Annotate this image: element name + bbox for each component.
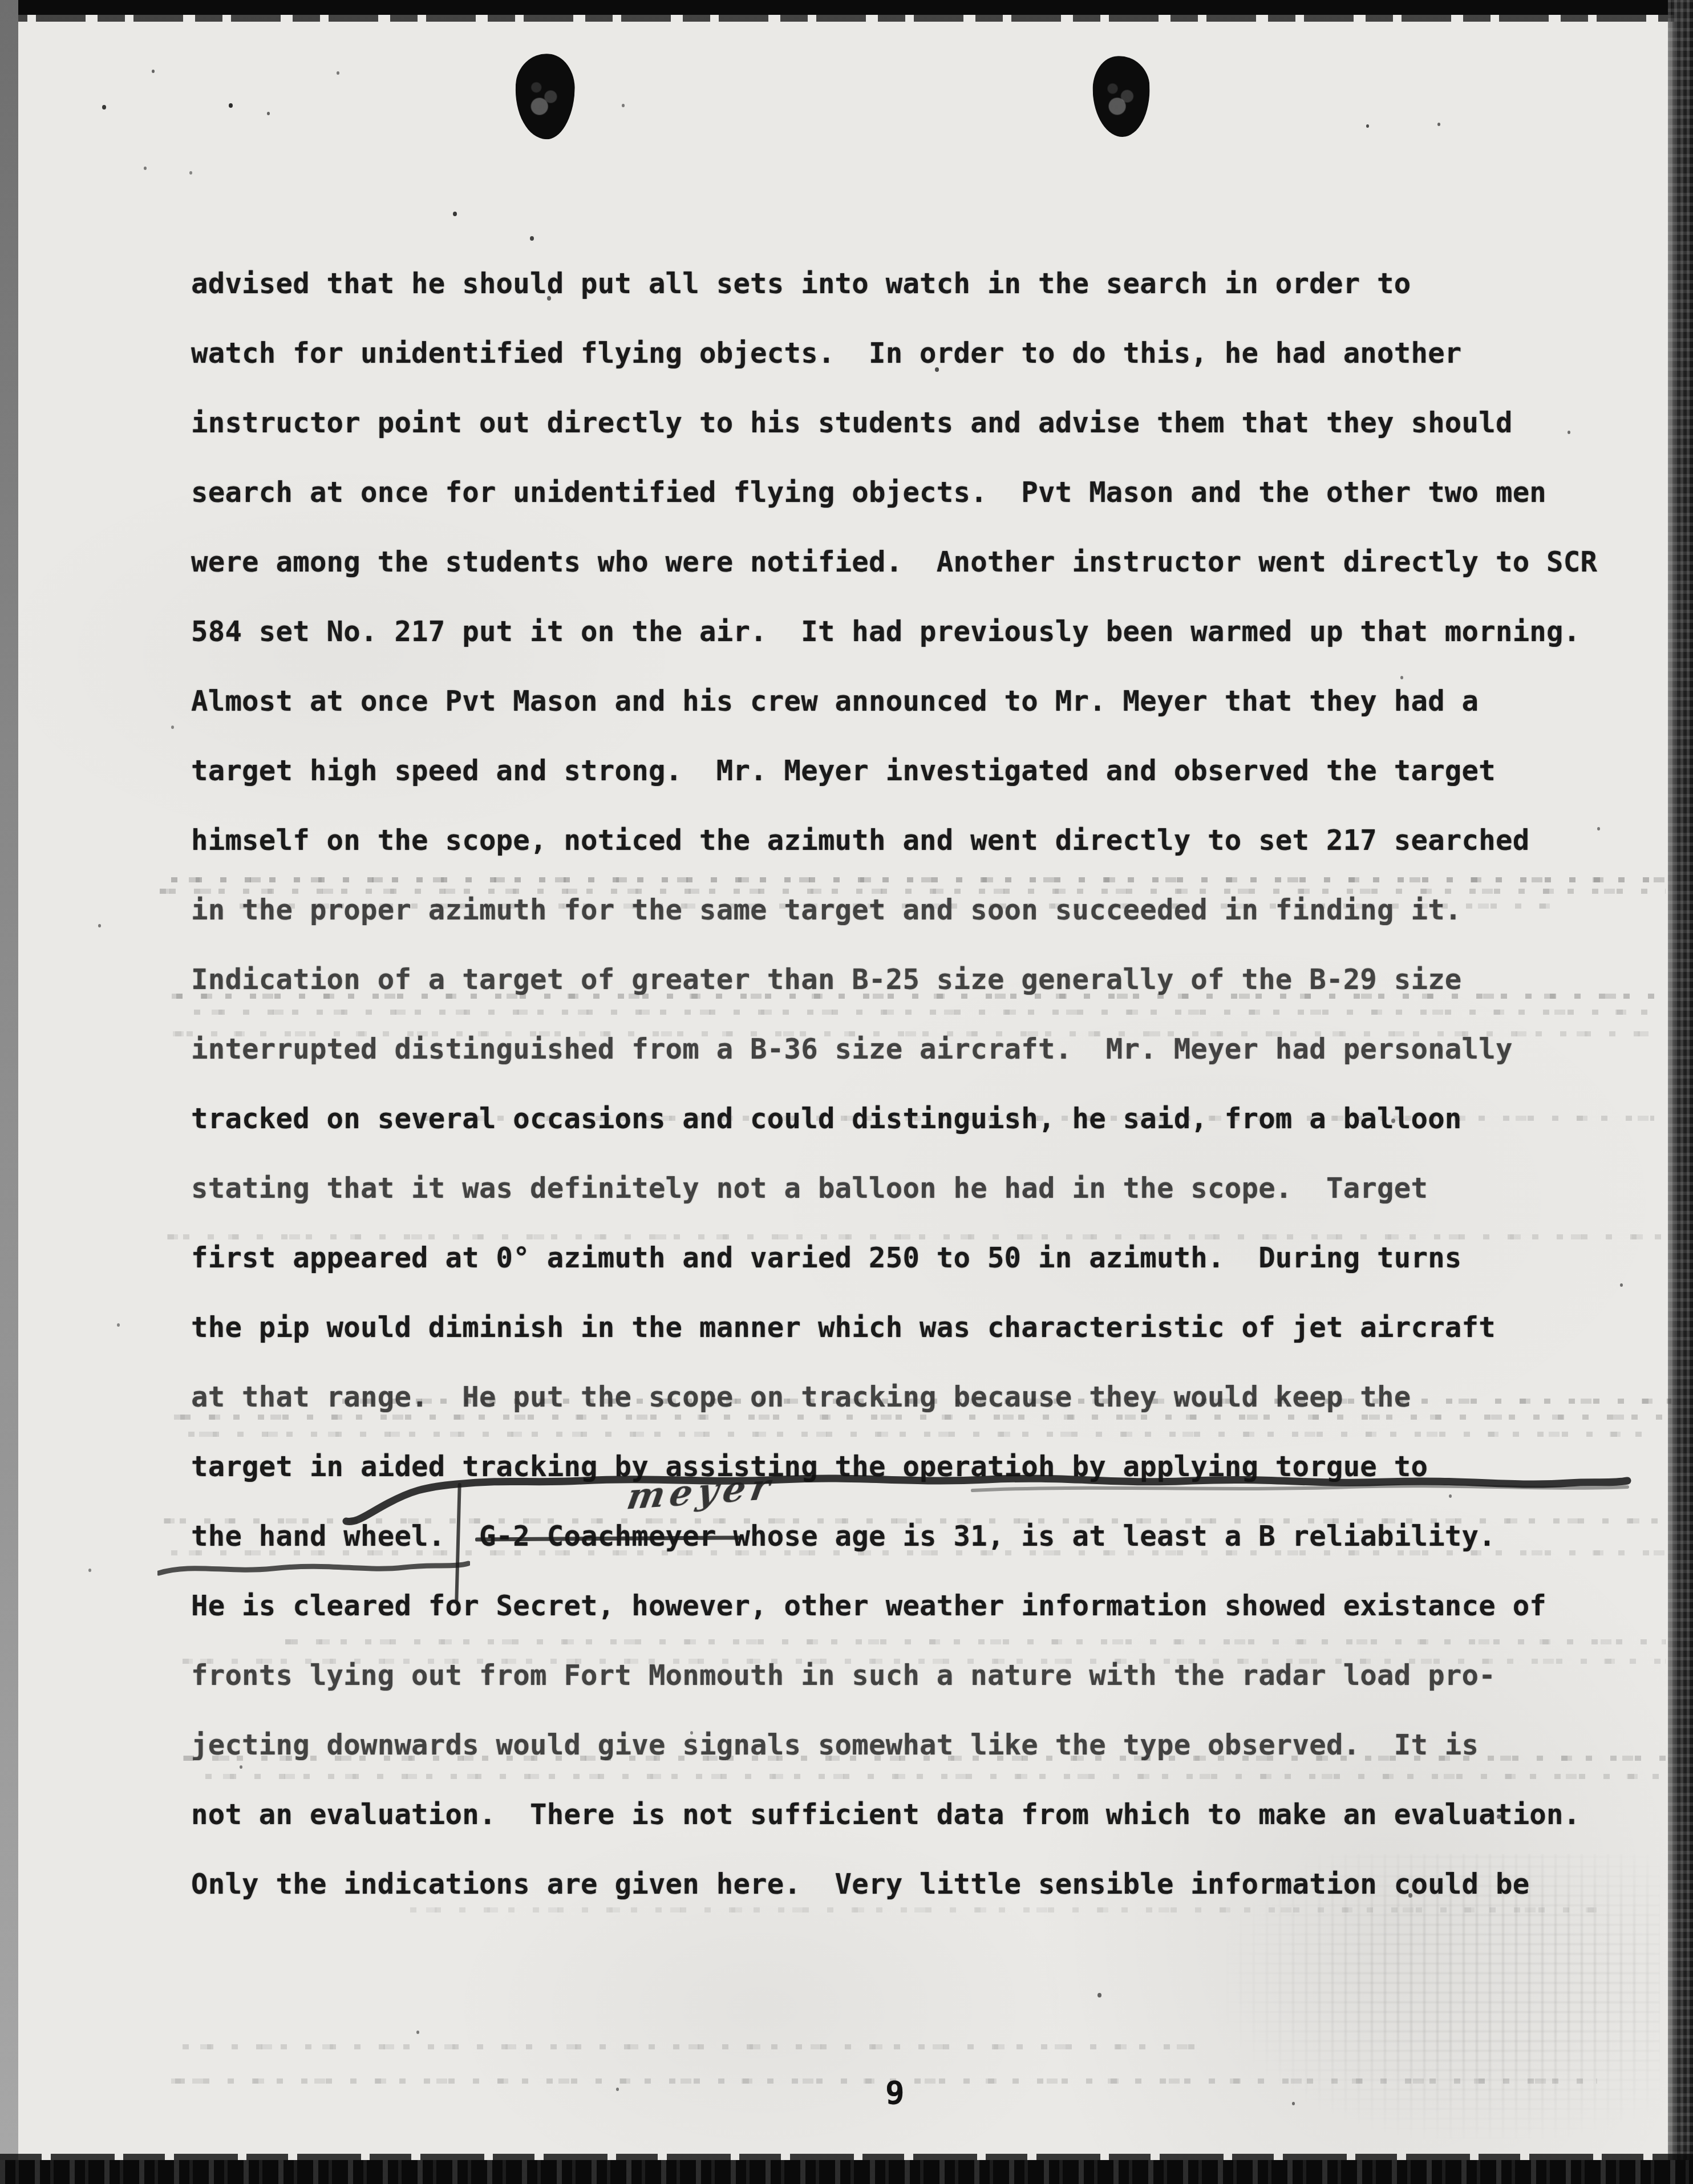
typed-line: He is cleared for Secret, however, other…	[191, 1571, 1651, 1641]
page-number: 9	[885, 2077, 905, 2109]
typed-line: first appeared at 0° azimuth and varied …	[191, 1223, 1651, 1293]
scan-edge-left	[0, 0, 18, 2184]
typed-line: jecting downwards would give signals som…	[191, 1711, 1651, 1780]
typed-line: Only the indications are given here. Ver…	[191, 1850, 1651, 1919]
typed-line: at that range. He put the scope on track…	[191, 1363, 1651, 1432]
typed-line: 584 set No. 217 put it on the air. It ha…	[191, 597, 1651, 667]
handwritten-annotation: meyer	[625, 1469, 778, 1515]
typed-line: interrupted distinguished from a B-36 si…	[191, 1015, 1651, 1084]
typed-line: fronts lying out from Fort Monmouth in s…	[191, 1641, 1651, 1711]
typed-line: stating that it was definitely not a bal…	[191, 1154, 1651, 1223]
pen-squiggle-mark	[157, 1555, 470, 1580]
ink-blot	[513, 52, 577, 140]
pen-scribble-line	[334, 1457, 1631, 1531]
typed-line: advised that he should put all sets into…	[191, 249, 1651, 319]
typed-line: target high speed and strong. Mr. Meyer …	[191, 736, 1651, 806]
typed-line: Indication of a target of greater than B…	[191, 945, 1651, 1015]
typed-line: search at once for unidentified flying o…	[191, 458, 1651, 528]
scan-streak	[171, 2078, 1597, 2084]
typed-line: himself on the scope, noticed the azimut…	[191, 806, 1651, 876]
typed-line: not an evaluation. There is not sufficie…	[191, 1780, 1651, 1850]
scanned-document-page: advised that he should put all sets into…	[0, 0, 1693, 2184]
typed-line: were among the students who were notifie…	[191, 528, 1651, 597]
scan-edge-top	[0, 0, 1693, 15]
scan-edge-bottom-ragged	[0, 2154, 1693, 2160]
typed-line: watch for unidentified flying objects. I…	[191, 319, 1651, 388]
scan-edge-top-ragged	[0, 15, 1693, 22]
scan-streak	[183, 2044, 1209, 2049]
scan-edge-right	[1668, 0, 1693, 2184]
typed-line: the pip would diminish in the manner whi…	[191, 1293, 1651, 1363]
scan-edge-bottom	[0, 2160, 1693, 2184]
typed-line: instructor point out directly to his stu…	[191, 388, 1651, 458]
ink-blot	[1092, 55, 1152, 137]
typed-line: in the proper azimuth for the same targe…	[191, 876, 1651, 945]
scan-speckles	[0, 0, 3, 3]
typed-line: Almost at once Pvt Mason and his crew an…	[191, 667, 1651, 736]
typed-line: tracked on several occasions and could d…	[191, 1084, 1651, 1154]
typed-text: advised that he should put all sets into…	[191, 249, 1651, 1919]
